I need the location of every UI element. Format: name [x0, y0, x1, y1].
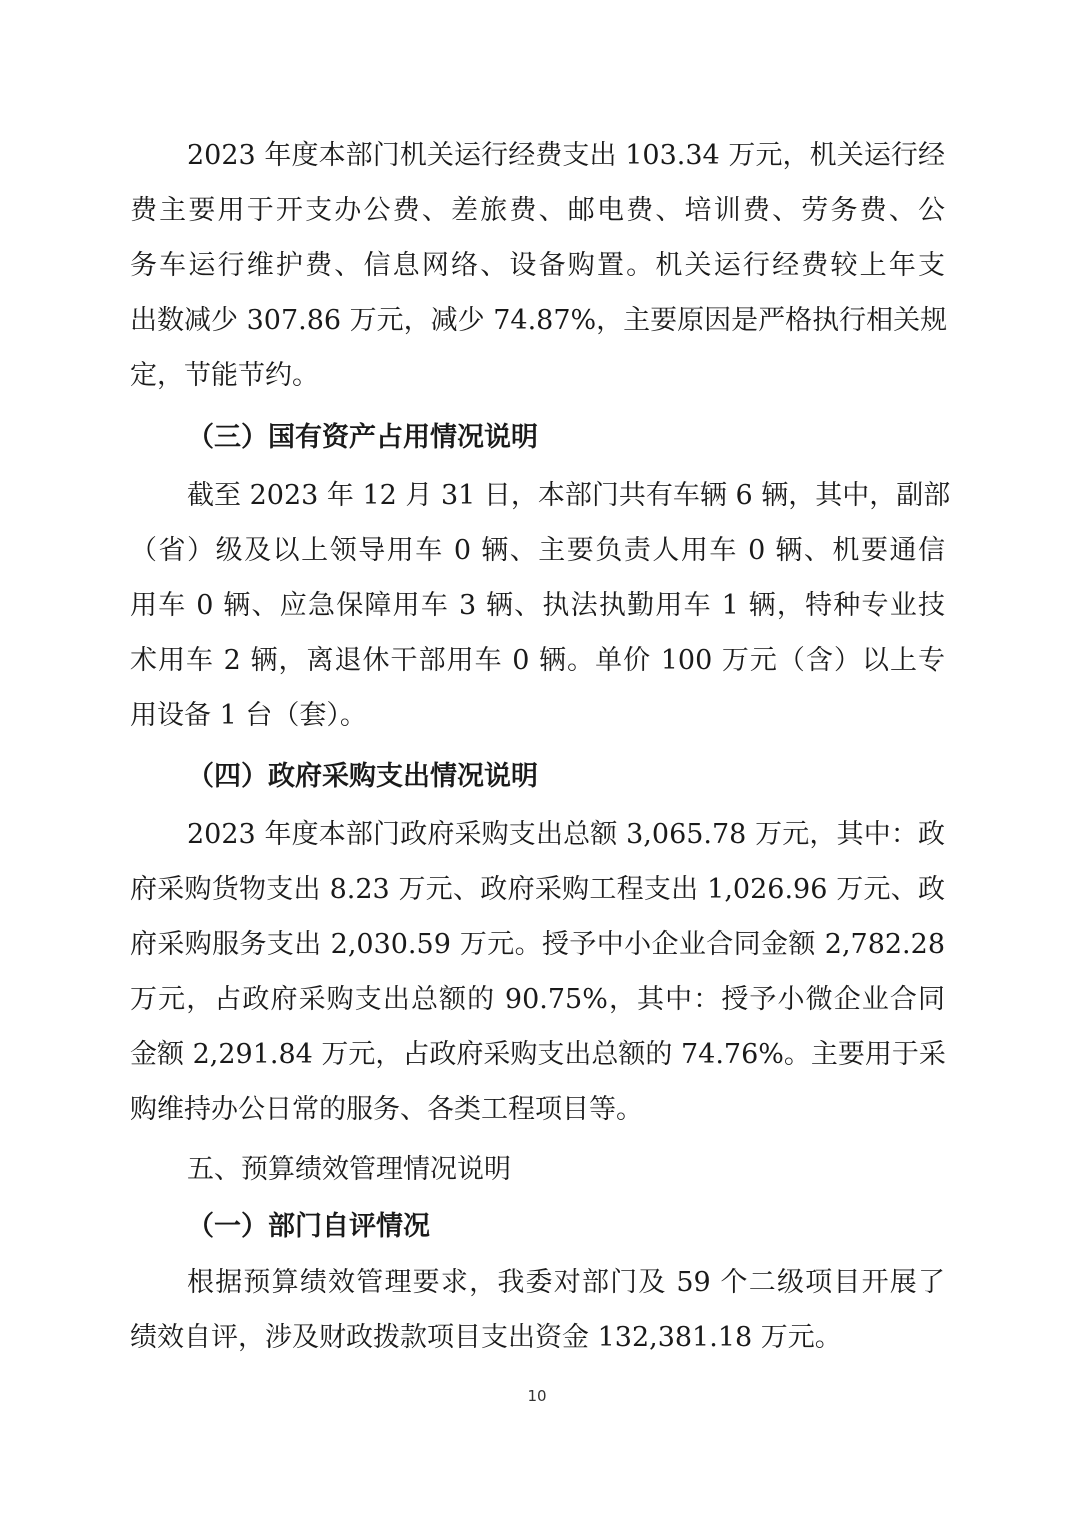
document-page: 2023 年度本部门机关运行经费支出 103.34 万元，机关运行经 费主要用于…	[0, 0, 1074, 1520]
section-heading-budget-performance: 五、预算绩效管理情况说明	[187, 1150, 511, 1190]
text-line: 绩效自评，涉及财政拨款项目支出资金 132,381.18 万元。	[130, 1318, 945, 1358]
text-line: 用设备 1 台（套）。	[130, 696, 945, 736]
text-line: 2023 年度本部门政府采购支出总额 3,065.78 万元，其中：政	[187, 815, 945, 855]
text-line: 根据预算绩效管理要求，我委对部门及 59 个二级项目开展了	[187, 1263, 945, 1303]
text-line: 金额 2,291.84 万元，占政府采购支出总额的 74.76%。主要用于采	[130, 1035, 945, 1075]
section-heading-self-evaluation: （一）部门自评情况	[187, 1207, 430, 1247]
text-line: 2023 年度本部门机关运行经费支出 103.34 万元，机关运行经	[187, 136, 945, 176]
text-line: 购维持办公日常的服务、各类工程项目等。	[130, 1090, 945, 1130]
text-line: 务车运行维护费、信息网络、设备购置。机关运行经费较上年支	[130, 246, 945, 286]
page-number: 10	[0, 1387, 1074, 1405]
section-heading-assets: （三）国有资产占用情况说明	[187, 418, 538, 458]
section-heading-procurement: （四）政府采购支出情况说明	[187, 757, 538, 797]
text-line: 费主要用于开支办公费、差旅费、邮电费、培训费、劳务费、公	[130, 191, 945, 231]
text-line: 府采购货物支出 8.23 万元、政府采购工程支出 1,026.96 万元、政	[130, 870, 945, 910]
text-line: 截至 2023 年 12 月 31 日，本部门共有车辆 6 辆，其中，副部	[187, 476, 945, 516]
text-line: 术用车 2 辆，离退休干部用车 0 辆。单价 100 万元（含）以上专	[130, 641, 945, 681]
text-line: 万元，占政府采购支出总额的 90.75%，其中：授予小微企业合同	[130, 980, 945, 1020]
text-line: 用车 0 辆、应急保障用车 3 辆、执法执勤用车 1 辆，特种专业技	[130, 586, 945, 626]
text-line: （省）级及以上领导用车 0 辆、主要负责人用车 0 辆、机要通信	[130, 531, 945, 571]
text-line: 府采购服务支出 2,030.59 万元。授予中小企业合同金额 2,782.28	[130, 925, 945, 965]
text-line: 出数减少 307.86 万元，减少 74.87%，主要原因是严格执行相关规	[130, 301, 945, 341]
text-line: 定，节能节约。	[130, 356, 945, 396]
